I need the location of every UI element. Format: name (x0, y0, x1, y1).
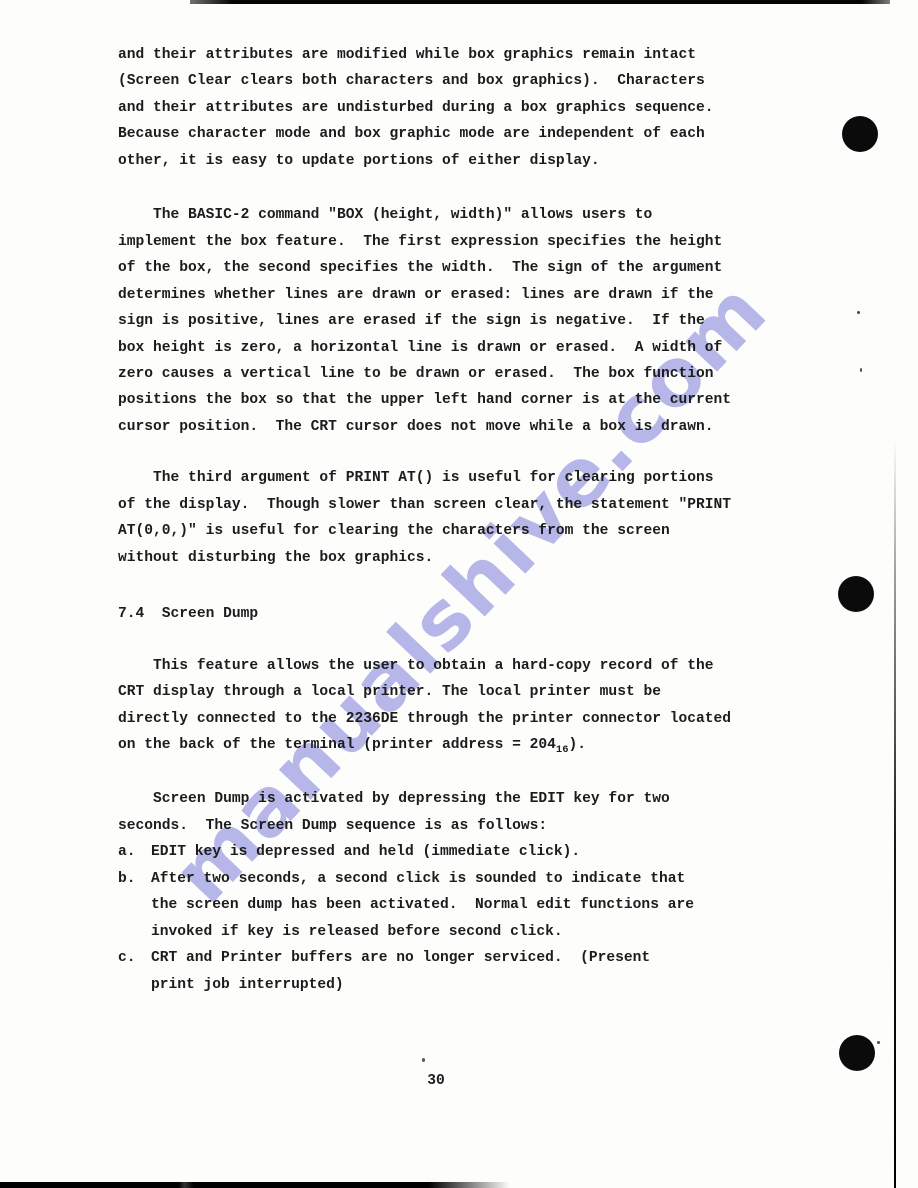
scan-noise-speck (877, 1041, 880, 1044)
printer-address-base-subscript: 16 (556, 744, 569, 756)
scan-noise-speck (422, 1058, 425, 1062)
screen-dump-sequence-list: a. EDIT key is depressed and held (immed… (118, 839, 858, 998)
list-item-text: CRT and Printer buffers are no longer se… (151, 945, 650, 998)
list-item: b. After two seconds, a second click is … (118, 866, 858, 945)
section-heading: 7.4 Screen Dump (118, 601, 858, 627)
list-item-label: b. (118, 866, 151, 945)
list-item: a. EDIT key is depressed and held (immed… (118, 839, 858, 865)
list-item-label: c. (118, 945, 151, 998)
paragraph-text: This feature allows the user to obtain a… (118, 658, 731, 753)
page-number: 30 (86, 1068, 786, 1094)
list-item: c. CRT and Printer buffers are no longer… (118, 945, 858, 998)
punch-hole-mark (838, 576, 874, 612)
punch-hole-mark (839, 1035, 875, 1071)
paragraph-tail: ). (569, 737, 587, 753)
paragraph-screen-dump-feature: This feature allows the user to obtain a… (118, 653, 858, 759)
paragraph-screen-dump-activation: Screen Dump is activated by depressing t… (118, 786, 858, 839)
paragraph-print-at: The third argument of PRINT AT() is usef… (118, 465, 858, 571)
document-page: manualshive.com and their attributes are… (0, 0, 918, 1188)
punch-hole-mark (842, 116, 878, 152)
scan-edge-bar-bottom (0, 1182, 510, 1188)
paragraph-box-graphics-continued: and their attributes are modified while … (118, 42, 858, 174)
scan-edge-bar-top (190, 0, 890, 4)
scan-noise-speck (857, 311, 860, 314)
list-item-text: EDIT key is depressed and held (immediat… (151, 839, 580, 865)
paragraph-basic2-box-command: The BASIC-2 command "BOX (height, width)… (118, 202, 858, 440)
list-item-label: a. (118, 839, 151, 865)
page-content: and their attributes are modified while … (118, 42, 858, 1095)
scan-noise-speck (860, 368, 862, 372)
list-item-text: After two seconds, a second click is sou… (151, 866, 694, 945)
scan-edge-line-right (894, 440, 896, 1188)
